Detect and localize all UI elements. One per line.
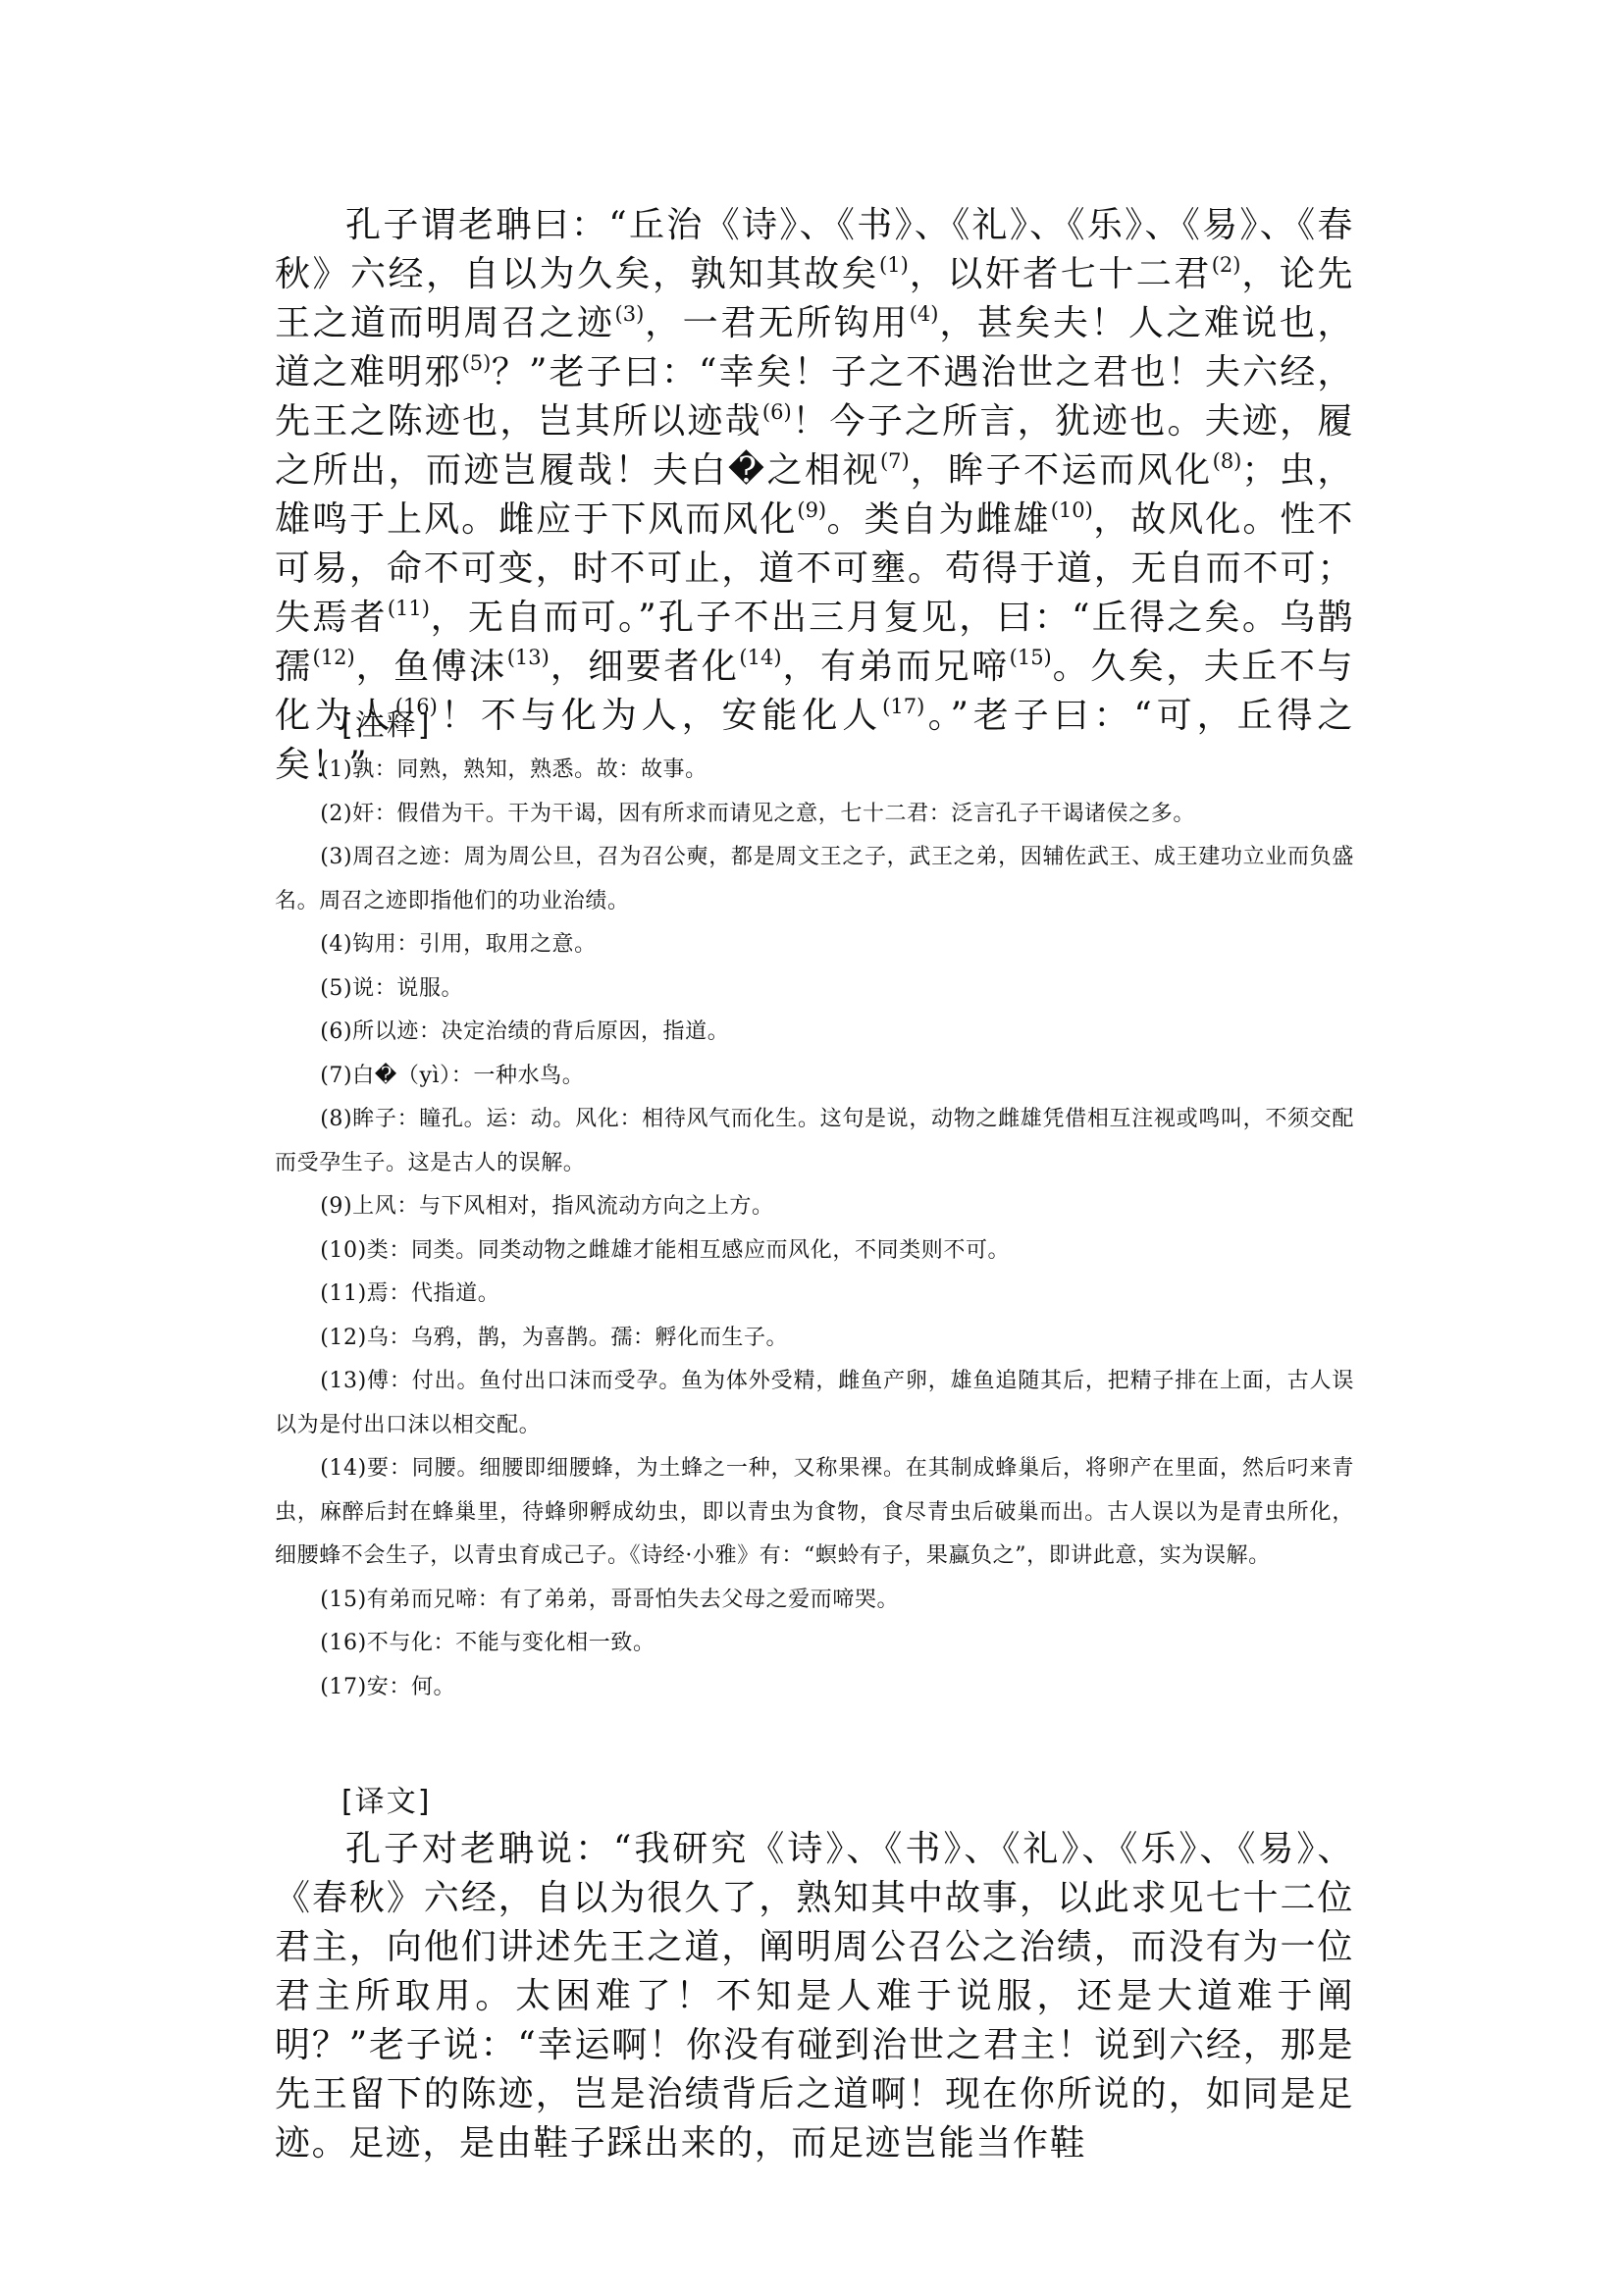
- note-item: (12)乌：乌鸦，鹊，为喜鹊。孺：孵化而生子。: [275, 1317, 1354, 1361]
- translation-heading: [译文]: [341, 1783, 431, 1822]
- footnote-ref: (4): [910, 302, 939, 326]
- notes-heading: [注释]: [341, 706, 431, 746]
- original-text-paragraph: 孔子谓老聃曰：“丘治《诗》、《书》、《礼》、《乐》、《易》、《春秋》六经，自以为…: [275, 201, 1354, 790]
- footnote-ref: (14): [739, 646, 781, 669]
- footnote-ref: (5): [462, 351, 492, 375]
- note-item: (8)眸子：瞳孔。运：动。风化：相待风气而化生。这句是说，动物之雌雄凭借相互注视…: [275, 1098, 1354, 1185]
- footnote-ref: (6): [762, 400, 792, 424]
- note-item: (3)周召之迹：周为周公旦，召为召公奭，都是周文王之子，武王之弟，因辅佐武王、成…: [275, 836, 1354, 923]
- footnote-ref: (9): [797, 498, 826, 522]
- note-item: (11)焉：代指道。: [275, 1273, 1354, 1317]
- text-run: ！不与化为人，安能化人: [438, 696, 882, 736]
- note-item: (14)要：同腰。细腰即细腰蜂，为土蜂之一种，又称果裸。在其制成蜂巢后，将卵产在…: [275, 1447, 1354, 1579]
- note-item: (17)安：何。: [275, 1666, 1354, 1710]
- text-run: ，一君无所钩用: [644, 303, 909, 343]
- text-run: ，细要者化: [550, 647, 740, 687]
- text-run: ，有弟而兄啼: [782, 647, 1010, 687]
- text-run: ，以奸者七十二君: [909, 254, 1212, 294]
- footnote-ref: (12): [313, 646, 355, 669]
- footnote-ref: (11): [388, 597, 430, 620]
- note-item: (7)白�（yì）：一种水鸟。: [275, 1055, 1354, 1099]
- notes-list: (1)孰：同熟，熟知，熟悉。故：故事。(2)奸：假借为干。干为干谒，因有所求而请…: [275, 749, 1354, 1709]
- note-item: (16)不与化：不能与变化相一致。: [275, 1622, 1354, 1666]
- note-item: (2)奸：假借为干。干为干谒，因有所求而请见之意，七十二君：泛言孔子干谒诸侯之多…: [275, 793, 1354, 837]
- footnote-ref: (2): [1212, 253, 1241, 277]
- footnote-ref: (10): [1051, 498, 1093, 522]
- note-item: (10)类：同类。同类动物之雌雄才能相互感应而风化，不同类则不可。: [275, 1229, 1354, 1274]
- note-item: (1)孰：同熟，熟知，熟悉。故：故事。: [275, 749, 1354, 793]
- footnote-ref: (1): [879, 253, 909, 277]
- note-item: (15)有弟而兄啼：有了弟弟，哥哥怕失去父母之爱而啼哭。: [275, 1579, 1354, 1623]
- note-item: (13)傅：付出。鱼付出口沫而受孕。鱼为体外受精，雌鱼产卵，雄鱼追随其后，把精子…: [275, 1360, 1354, 1447]
- note-item: (6)所以迹：决定治绩的背后原因，指道。: [275, 1011, 1354, 1055]
- note-item: (9)上风：与下风相对，指风流动方向之上方。: [275, 1185, 1354, 1229]
- note-item: (5)说：说服。: [275, 967, 1354, 1012]
- footnote-ref: (15): [1010, 646, 1052, 669]
- translation-paragraph: 孔子对老聃说：“我研究《诗》、《书》、《礼》、《乐》、《易》、《春秋》六经，自以…: [275, 1825, 1354, 2168]
- footnote-ref: (3): [615, 302, 645, 326]
- footnote-ref: (13): [507, 646, 550, 669]
- footnote-ref: (17): [882, 695, 924, 718]
- footnote-ref: (7): [880, 449, 910, 473]
- text-run: ，眸子不运而风化: [910, 450, 1213, 491]
- footnote-ref: (8): [1213, 449, 1242, 473]
- note-item: (4)钩用：引用，取用之意。: [275, 923, 1354, 967]
- text-run: 。类自为雌雄: [826, 499, 1051, 540]
- text-run: ，鱼傅沫: [355, 647, 507, 687]
